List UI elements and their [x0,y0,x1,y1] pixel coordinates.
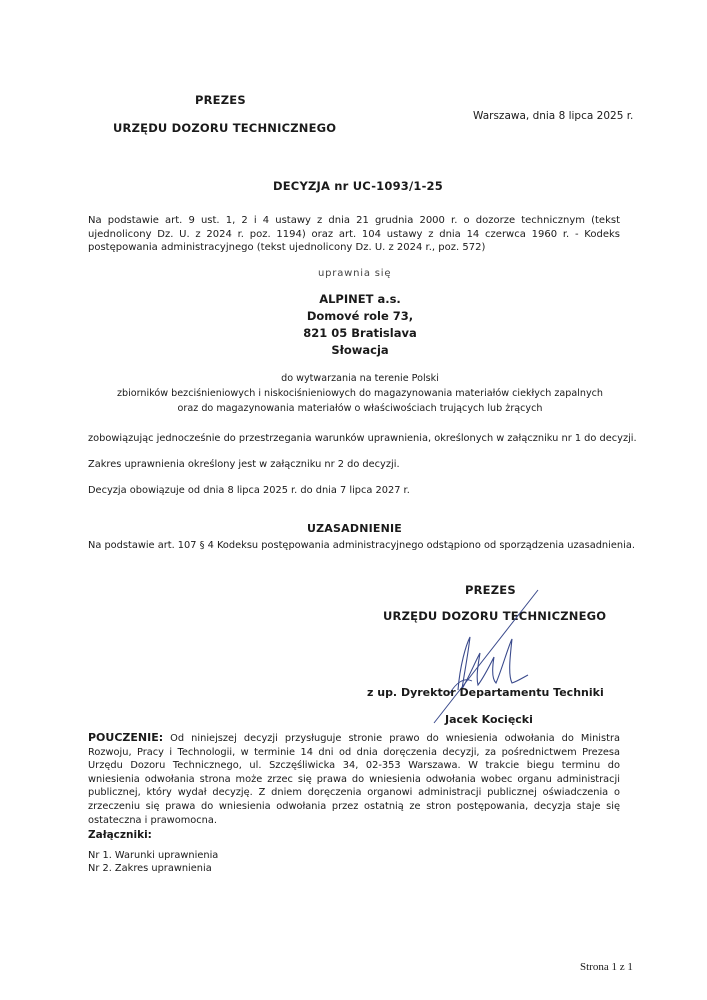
company-country: Słowacja [200,342,520,359]
justification-text: Na podstawie art. 107 § 4 Kodeksu postęp… [88,540,635,551]
range-text: Zakres uprawnienia określony jest w załą… [88,459,400,470]
signature-on-behalf: z up. Dyrektor Departamentu Techniki [367,686,604,699]
scope-line: oraz do magazynowania materiałów o właśc… [80,401,640,416]
validity-text: Decyzja obowiązuje od dnia 8 lipca 2025 … [88,485,410,496]
header-authority-line2: URZĘDU DOZORU TECHNICZNEGO [113,121,336,135]
company-city: 821 05 Bratislava [200,325,520,342]
scope-line: do wytwarzania na terenie Polski [80,371,640,386]
handwritten-signature-icon [420,585,560,725]
attachment-item: Nr 1. Warunki uprawnienia [88,849,218,862]
attachments-title: Załączniki: [88,829,152,841]
legal-basis: Na podstawie art. 9 ust. 1, 2 i 4 ustawy… [88,214,620,255]
attachment-item: Nr 2. Zakres uprawnienia [88,862,218,875]
justification-title: UZASADNIENIE [307,522,402,535]
header-authority-line1: PREZES [195,93,246,107]
instruction-block: POUCZENIE: Od niniejszej decyzji przysłu… [88,731,620,827]
instruction-label: POUCZENIE: [88,731,163,744]
attachments-list: Nr 1. Warunki uprawnienia Nr 2. Zakres u… [88,849,218,875]
obligation-text: zobowiązując jednocześnie do przestrzega… [88,433,637,444]
scope-line: zbiorników bezciśnieniowych i niskociśni… [80,386,640,401]
scope-block: do wytwarzania na terenie Polski zbiorni… [80,371,640,416]
authorizes-text: uprawnia się [318,268,391,279]
instruction-text: Od niniejszej decyzji przysługuje stroni… [88,733,620,826]
company-name: ALPINET a.s. [200,291,520,308]
company-block: ALPINET a.s. Domové role 73, 821 05 Brat… [200,291,520,359]
company-street: Domové role 73, [200,308,520,325]
decision-title: DECYZJA nr UC-1093/1-25 [273,179,443,193]
place-date: Warszawa, dnia 8 lipca 2025 r. [473,110,633,122]
signatory-name: Jacek Kocięcki [445,713,533,726]
page-number: Strona 1 z 1 [580,961,633,973]
